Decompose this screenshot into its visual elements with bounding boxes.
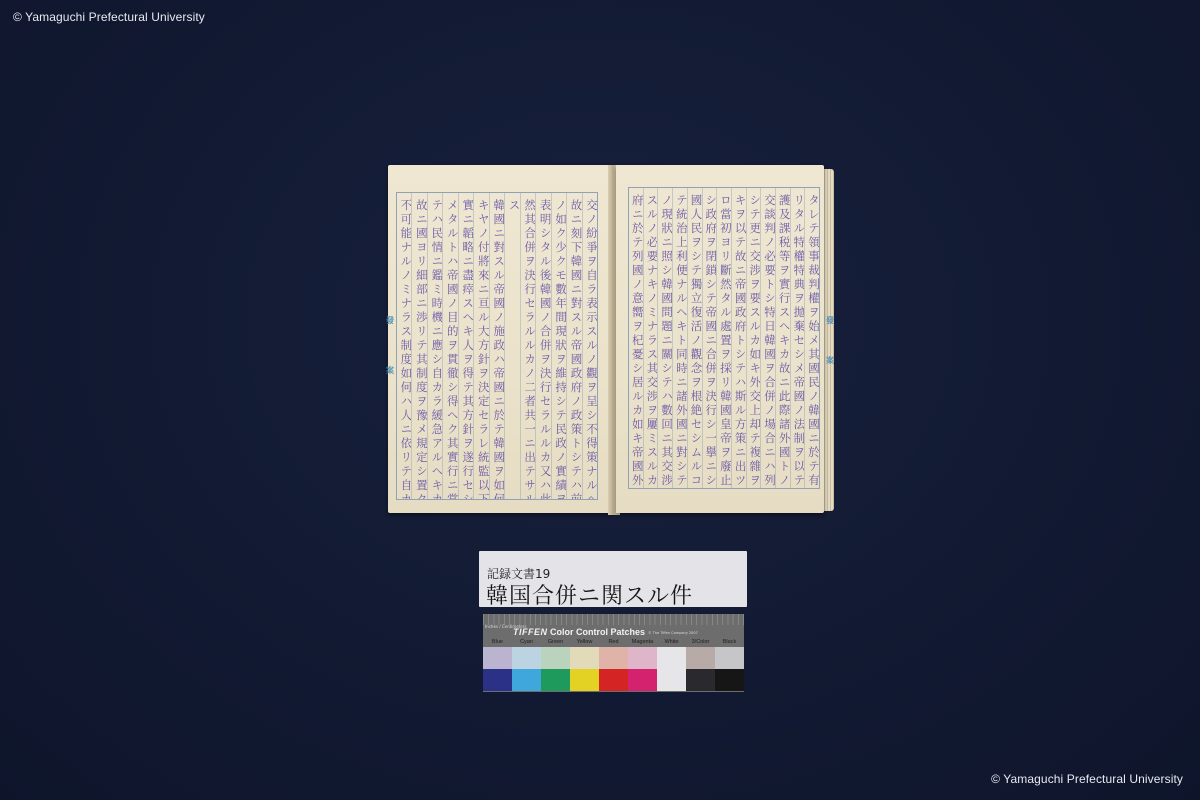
color-patch-dark	[541, 669, 570, 691]
text-column: ノ如ク少クモ數年間現狀ヲ維持シテ民政ノ實績ヲ	[551, 193, 566, 499]
text-column: 然其合併ヲ決行セラルルカノ二者共一ニ出テサルヲ得	[520, 193, 535, 499]
text-column: シテ更ニ交渉ヲ要スルカ如キ外交上却テ複雜ヲ生スヘ	[746, 188, 761, 488]
color-patch-light	[686, 647, 715, 669]
right-page: タレテ領事裁判權ヲ始メ其國民ノ韓國ニ於テ有シ來リタル特權特典ヲ拋棄セシメ帝國ノ法…	[616, 165, 824, 513]
copyright-bottom-right: © Yamaguchi Prefectural University	[991, 772, 1183, 786]
color-calibration-chart: Inches / Centimeters TIFFEN Color Contro…	[483, 614, 744, 692]
color-patch-dark	[570, 669, 599, 691]
color-patch-light	[715, 647, 744, 669]
patch-label: Magenta	[628, 639, 657, 645]
text-column: 不可能ナルノミナラス制度如何ハ人ニ依リテ自カラ定マ	[397, 193, 411, 499]
chart-title: Color Control Patches	[550, 627, 645, 637]
text-column: 表明シタル後韓國ノ合併ヲ決行セラルルカ又ハ此際斷	[535, 193, 550, 499]
patch-label: Yellow	[570, 639, 599, 645]
text-column: ノ現狀ニ照シ韓國問題ニ關シテハ數回ニ其交渉ヲ	[657, 188, 672, 488]
document-title: 韓国合併ニ関スル件	[486, 579, 693, 610]
text-column: テハ民情ニ鑑ミ時機ニ應シ自カラ緩急アルヘキカ	[427, 193, 442, 499]
color-patch-light	[657, 647, 686, 669]
left-page-frame: 交ノ紛爭ヲ自ラ表示スルノ觀ヲ呈シ不得策ナルヘキノ故ニ刻下韓國ニ對スル帝國政府ノ政…	[396, 192, 598, 500]
color-patch-dark	[483, 669, 512, 691]
color-patch-light	[512, 647, 541, 669]
right-page-frame: タレテ領事裁判權ヲ始メ其國民ノ韓國ニ於テ有シ來リタル特權特典ヲ拋棄セシメ帝國ノ法…	[628, 187, 820, 489]
color-patch-light	[483, 647, 512, 669]
patch-label: Blue	[483, 639, 512, 645]
text-column: 府ニ於テ列國ノ意嚮ヲ杞憂シ居ルカ如キ帝國外	[629, 188, 643, 488]
chart-brand: TIFFEN Color Control Patches	[513, 627, 645, 637]
color-patch-light	[541, 647, 570, 669]
patch-label: White	[657, 639, 686, 645]
text-column: 故ニ刻下韓國ニ對スル帝國政府ノ政策トシテハ前述	[566, 193, 581, 499]
text-column: ロ當初ヨリ斷然タル處置ヲ採リ韓國皇帝ヲ廢止	[716, 188, 731, 488]
chart-copyright: © The Tiffen Company 2007	[648, 631, 698, 635]
side-mark: 發	[386, 315, 394, 326]
patch-label: Red	[599, 639, 628, 645]
color-patch-dark	[512, 669, 541, 691]
text-column: タレテ領事裁判權ヲ始メ其國民ノ韓國ニ於テ有シ來	[804, 188, 819, 488]
text-column: 國人民ヲシテ獨立復活ノ觀念ヲ根絶セシムルコト卻	[687, 188, 702, 488]
left-page: 交ノ紛爭ヲ自ラ表示スルノ觀ヲ呈シ不得策ナルヘキノ故ニ刻下韓國ニ對スル帝國政府ノ政…	[388, 165, 612, 513]
document-label-card: 記録文書19 韓国合併ニ関スル件	[479, 551, 747, 607]
open-book: 交ノ紛爭ヲ自ラ表示スルノ觀ヲ呈シ不得策ナルヘキノ故ニ刻下韓國ニ對スル帝國政府ノ政…	[388, 165, 848, 520]
brand-logo: TIFFEN	[513, 627, 548, 637]
text-column: 交ノ紛爭ヲ自ラ表示スルノ觀ヲ呈シ不得策ナルヘキノ	[582, 193, 597, 499]
right-page-columns: タレテ領事裁判權ヲ始メ其國民ノ韓國ニ於テ有シ來リタル特權特典ヲ拋棄セシメ帝國ノ法…	[629, 188, 819, 488]
color-patch-light	[599, 647, 628, 669]
side-mark: 發	[826, 315, 834, 326]
color-patch-dark	[628, 669, 657, 691]
dark-patch-row	[483, 669, 744, 691]
text-column: キヤノ付將來ニ亘ル大方針ヲ決定セラレ統監以下忠	[473, 193, 488, 499]
patch-label: Black	[715, 639, 744, 645]
patch-label: Green	[541, 639, 570, 645]
color-patch-light	[570, 647, 599, 669]
patch-label: 3/Color	[686, 639, 715, 645]
text-column: スルノ必要ナキノミナラス其交渉ヲ屢ミスルカ如キハ政	[643, 188, 658, 488]
text-column: 交談判ノ必要トシ特日韓國ヲ合併ノ場合ニハ列國ニ對	[760, 188, 775, 488]
side-mark: 案	[826, 355, 834, 366]
text-column: 護及課税等ヲ實行スヘキカ故ニ此際諸外國トノ外	[775, 188, 790, 488]
left-page-columns: 交ノ紛爭ヲ自ラ表示スルノ觀ヲ呈シ不得策ナルヘキノ故ニ刻下韓國ニ對スル帝國政府ノ政…	[397, 193, 597, 499]
copyright-top-left: © Yamaguchi Prefectural University	[13, 10, 205, 24]
light-patch-row	[483, 647, 744, 669]
color-patch-dark	[599, 669, 628, 691]
text-column: 實ニ韜略ニ盡瘁スヘキ人ヲ得テ其方針ヲ遂行セシ	[458, 193, 473, 499]
text-column: テ統治上利便ナルヘキト同時ニ諸外國ニ對シテハ今日	[672, 188, 687, 488]
text-column: メタルトハ帝國ノ目的ヲ貫徹シ得ヘク其實行ニ當リ	[442, 193, 457, 499]
text-column: シ政府ヲ閉鎖シテ帝國ニ合併ヲ決行シ一擧ニシテ韓	[702, 188, 717, 488]
side-mark: 案	[386, 365, 394, 376]
color-patch-dark	[686, 669, 715, 691]
color-patch-dark	[657, 669, 686, 691]
text-column: 韓國ニ對スル帝國ノ施政ハ帝國ニ於テ韓國ヲ如何スヘ	[489, 193, 504, 499]
text-column: キヲ以テ故ニ帝國政府トシテハ斯ル方策ニ出ツルヨリ寧	[731, 188, 746, 488]
patch-label: Cyan	[512, 639, 541, 645]
color-patch-light	[628, 647, 657, 669]
patch-labels: BlueCyanGreenYellowRedMagentaWhite3/Colo…	[483, 639, 744, 645]
text-column: リタル特權特典ヲ拋棄セシメ帝國ノ法制ヲ以テ之カ保	[790, 188, 805, 488]
text-column: 故ニ國ヨリ細部ニ渉リテ其制度ヲ豫メ規定シ置クコト	[411, 193, 426, 499]
color-patch-dark	[715, 669, 744, 691]
text-column: ス	[504, 193, 519, 499]
